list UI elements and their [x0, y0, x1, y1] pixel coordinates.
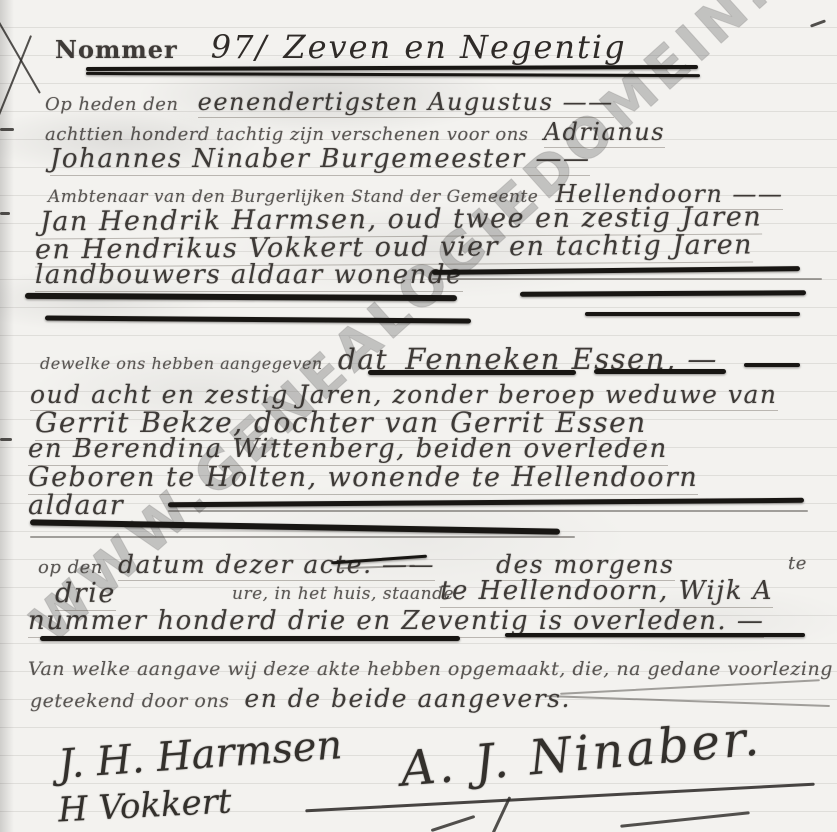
formula-text: achttien honderd tachtig zijn verschenen…	[45, 124, 529, 145]
official-line: Johannes Ninaber Burgemeester ——	[50, 144, 590, 174]
partial-bottom-stroke	[620, 811, 750, 828]
death-place-line: te Hellendoorn, Wijk A	[440, 576, 773, 606]
strike-line	[40, 636, 460, 641]
deceased-age-line: oud acht en zestig Jaren, zonder beroep …	[30, 380, 778, 409]
mother-line: en Berendina Wittenberg, beiden overlede…	[28, 434, 668, 464]
strike-line	[585, 312, 800, 316]
formula-text: dewelke ons hebben aangegeven	[40, 354, 323, 373]
strike-line	[505, 633, 805, 637]
scanned-death-record: WWW.GENEALOGIEDOMEIN.NL Nommer 97/ Zeven…	[0, 0, 837, 832]
number-label: Nommer	[55, 35, 178, 64]
occupation-line: landbouwers aldaar wonende	[35, 260, 463, 290]
number-value: 97/	[211, 28, 269, 66]
date-line: Op heden den eenendertigsten Augustus ——	[45, 88, 614, 116]
pen-stroke	[0, 212, 10, 215]
official-name-title: Johannes Ninaber Burgemeester ——	[50, 144, 590, 176]
strike-line	[45, 316, 471, 324]
fill-stroke-thin	[432, 278, 822, 280]
pen-stroke	[810, 19, 826, 27]
house-formula: ure, in het huis, staande	[232, 584, 454, 604]
pen-stroke	[0, 128, 14, 131]
pen-stroke	[0, 6, 41, 94]
signature-harmsen: J. H. Harmsen	[57, 722, 344, 788]
death-place: te Hellendoorn, Wijk A	[440, 576, 773, 608]
morning-segment: des morgens	[496, 550, 675, 579]
hour-line: drie	[55, 578, 116, 609]
declarants-occupation: landbouwers aldaar wonende	[35, 260, 463, 292]
closing-formula: Van welke aangave wij deze akte hebben o…	[28, 658, 837, 680]
record-number-line: Nommer 97/ Zeven en Negentig	[55, 28, 627, 66]
te-text: te	[788, 553, 807, 574]
house-number-line: nummer honderd drie en Zeventig is overl…	[28, 606, 764, 636]
te-word: te	[788, 553, 807, 574]
number-words: Zeven en Negentig	[283, 28, 626, 66]
header-underline	[86, 72, 700, 77]
fill-stroke	[432, 266, 800, 275]
fill-stroke	[168, 498, 804, 507]
formula-text: ure, in het huis, staande	[232, 584, 454, 604]
signed-by-phrase: en de beide aangevers.	[244, 684, 570, 713]
strike-line-thin	[30, 536, 575, 538]
fill-stroke-thin	[168, 510, 808, 512]
aldaar-line: aldaar	[28, 490, 124, 521]
pen-flourish	[560, 679, 820, 695]
header-underline	[86, 65, 698, 71]
formula-text: op den	[38, 557, 103, 578]
name-underline	[368, 370, 576, 375]
pen-flourish	[545, 695, 830, 707]
closing-line2: geteekend door ons en de beide aangevers…	[30, 684, 571, 713]
name-underline	[594, 369, 726, 374]
death-date-line: op den datum dezer acte. ——	[38, 550, 435, 579]
aldaar-word: aldaar	[28, 490, 124, 521]
death-report-date: eenendertigsten Augustus ——	[198, 88, 614, 118]
closing-formula: geteekend door ons	[30, 690, 229, 712]
year-line: achttien honderd tachtig zijn verschenen…	[45, 118, 665, 146]
formula-text: Op heden den	[45, 94, 179, 115]
pen-stroke	[0, 35, 32, 175]
pen-stroke	[0, 438, 12, 441]
dash-stroke	[744, 363, 800, 367]
strike-line	[30, 519, 560, 534]
signature-ninaber: A. J. Ninaber.	[398, 710, 764, 797]
signature-vokkert: H Vokkert	[57, 781, 232, 830]
closing-line1: Van welke aangave wij deze akte hebben o…	[28, 658, 837, 680]
strike-line	[25, 293, 457, 301]
birthplace-residence: Geboren te Holten, wonende te Hellendoor…	[28, 462, 698, 495]
birthplace-line: Geboren te Holten, wonende te Hellendoor…	[28, 462, 698, 493]
partial-bottom-stroke	[431, 815, 476, 832]
signature-flourish	[305, 783, 814, 813]
strike-line	[520, 290, 806, 296]
